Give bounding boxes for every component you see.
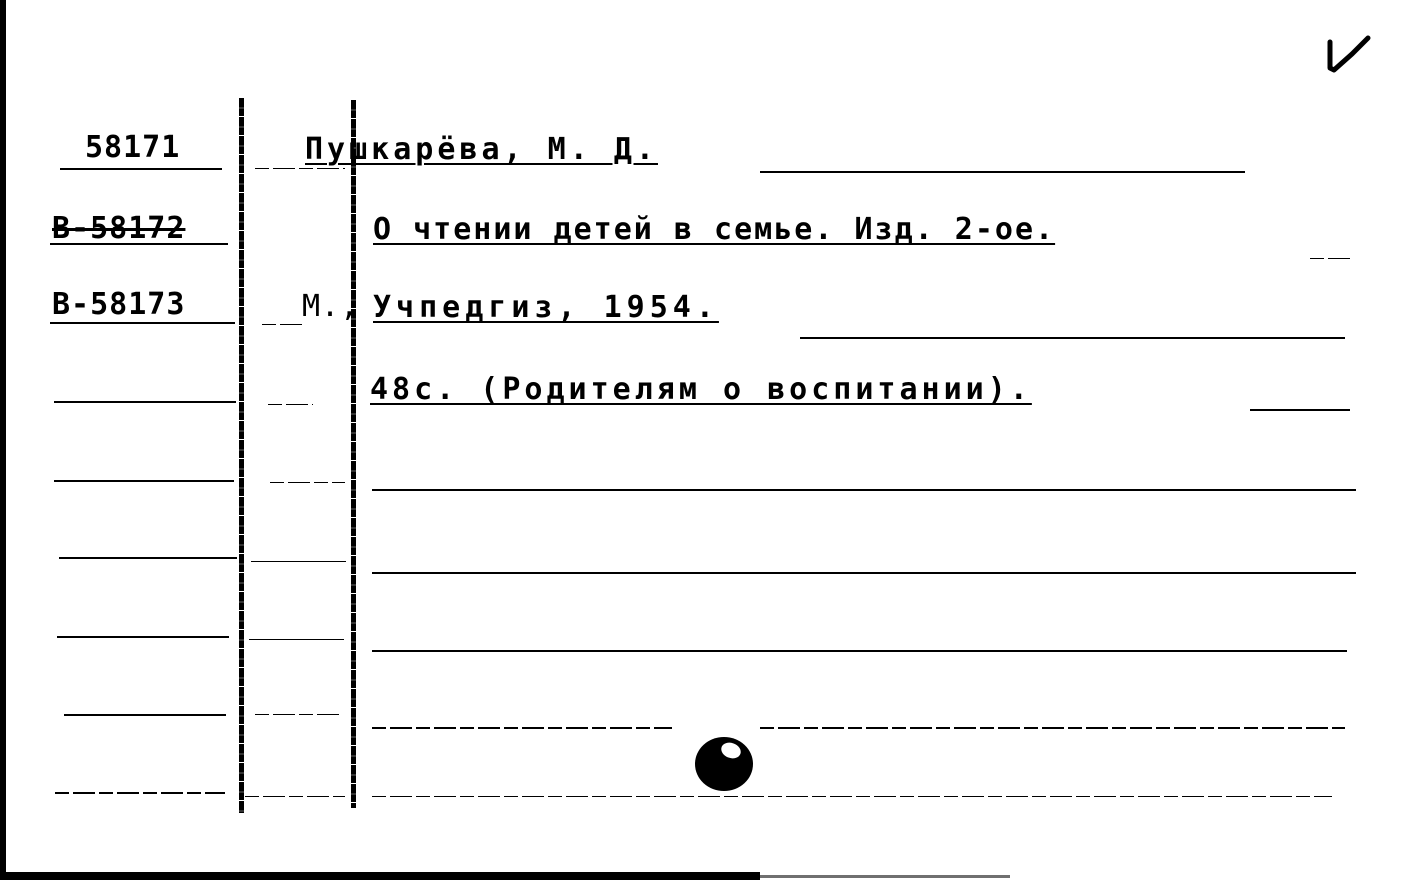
rule-line [800, 337, 1345, 339]
call-number-secondary: B-58173 [52, 287, 185, 322]
rule-line [255, 714, 340, 715]
check-mark-icon [1322, 28, 1372, 76]
rule-line [54, 401, 236, 403]
call-number-primary: 58171 [85, 130, 180, 165]
title-line: О чтении детей в семье. Изд. 2-ое. [373, 212, 1055, 247]
column-divider-left [239, 98, 244, 813]
rule-line [255, 168, 345, 169]
punch-hole [695, 737, 753, 791]
rule-line [1250, 409, 1350, 411]
rule-line [245, 796, 345, 797]
rule-line [262, 324, 302, 325]
catalog-card: 58171 B-58172 B-58173 М., Пушкарёва, М. … [0, 0, 1408, 880]
rule-line [60, 168, 222, 170]
rule-line [372, 650, 1347, 652]
rule-line [249, 639, 344, 640]
rule-line [270, 482, 345, 483]
rule-line [760, 727, 1345, 729]
rule-line [251, 561, 346, 562]
rule-line [57, 636, 229, 638]
author-heading: Пушкарёва, М. Д. [305, 132, 658, 167]
card-left-edge [0, 0, 6, 880]
rule-line [372, 727, 672, 729]
rule-line [760, 171, 1245, 173]
card-bottom-edge [0, 872, 760, 880]
call-number-struck: B-58172 [52, 211, 185, 246]
rule-line [372, 489, 1356, 491]
rule-line [59, 557, 237, 559]
rule-line [54, 480, 234, 482]
rule-line [1310, 258, 1352, 259]
rule-line [64, 714, 226, 716]
card-bottom-edge-tail [760, 875, 1010, 878]
rule-line [372, 796, 1332, 797]
rule-line [268, 404, 313, 405]
rule-line [55, 792, 225, 794]
rule-line [50, 322, 235, 324]
rule-line [372, 572, 1356, 574]
publisher-line: Учпедгиз, 1954. [373, 290, 719, 325]
column-divider-right [351, 100, 356, 808]
pages-series-line: 48с. (Родителям о воспитании). [370, 372, 1032, 407]
place-of-publication: М., [302, 289, 359, 324]
